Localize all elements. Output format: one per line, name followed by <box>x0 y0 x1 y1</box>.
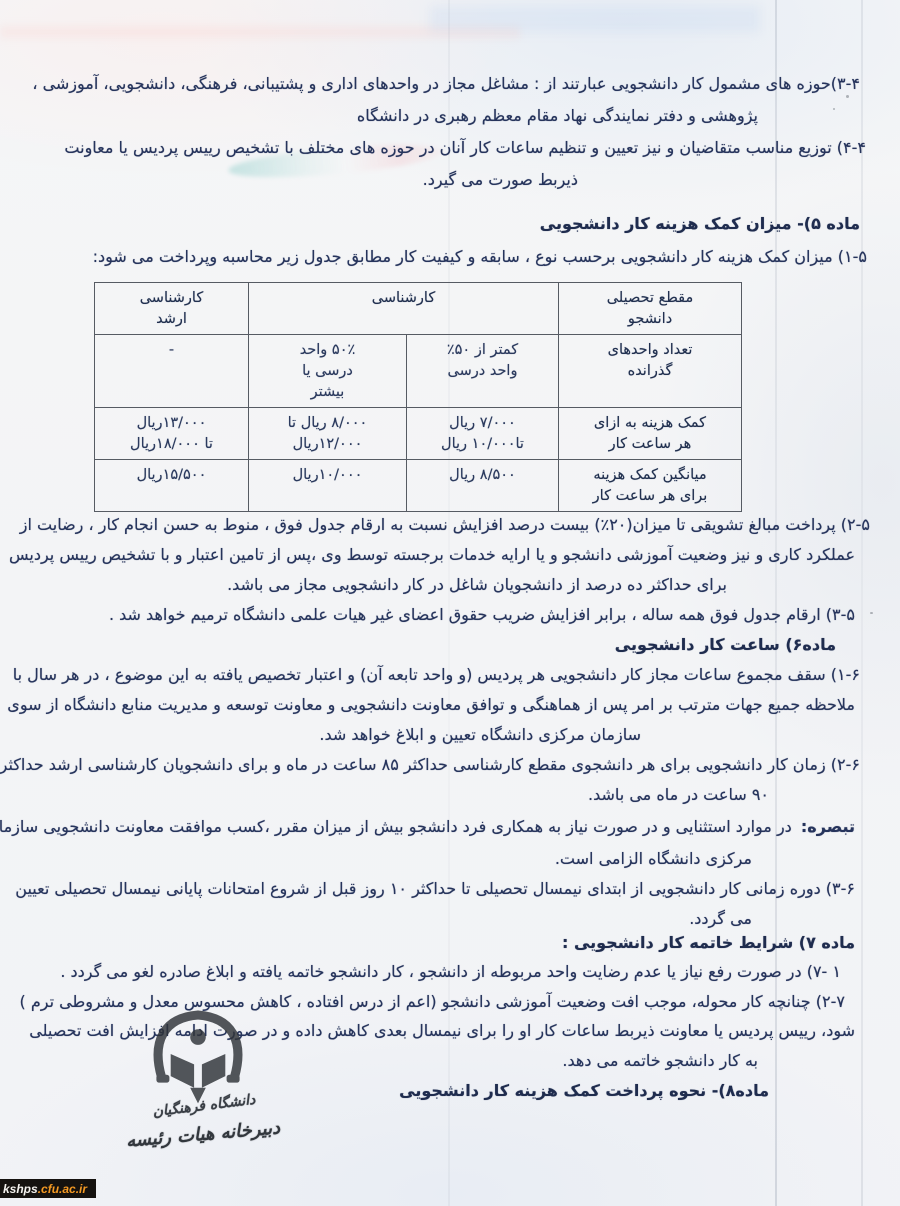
value-cell: ۱۵/۵۰۰ریال <box>94 460 248 512</box>
doc-line: می گردد. <box>689 907 752 931</box>
site-watermark: kshps.cfu.ac.ir <box>0 1179 96 1198</box>
header-cell-master: کارشناسی ارشد <box>94 283 248 335</box>
value-cell: کمتر از ۵۰٪ واحد درسی <box>407 335 559 408</box>
row-label-cell: میانگین کمک هزینه برای هر ساعت کار <box>559 460 742 512</box>
doc-line: به کار دانشجو خاتمه می دهد. <box>562 1049 758 1073</box>
doc-line: ۳-۵) ارقام جدول فوق همه ساله ، برابر افز… <box>109 603 855 627</box>
doc-line: ۳-۶) دوره زمانی کار دانشجویی از ابتدای ن… <box>15 877 855 901</box>
farhangian-university-logo-icon <box>123 1002 273 1106</box>
university-stamp: دانشگاه فرهنگیان دبیرخانه هیات رئیسه <box>95 1002 325 1162</box>
table-header-row: مقطع تحصیلی دانشجو کارشناسی کارشناسی ارش… <box>94 283 741 335</box>
row-label-cell: تعداد واحدهای گذرانده <box>559 335 742 408</box>
scan-fold-line <box>861 0 863 1206</box>
table-row-average-aid: میانگین کمک هزینه برای هر ساعت کار ۸/۵۰۰… <box>94 460 741 512</box>
doc-line: عملکرد کاری و نیز وضعیت آموزشی دانشجو و … <box>9 543 855 567</box>
doc-line: ۹۰ ساعت در ماه می باشد. <box>588 783 769 807</box>
doc-line: ذیربط صورت می گیرد. <box>423 168 578 192</box>
value-cell: ۷/۰۰۰ ریال تا۱۰/۰۰۰ ریال <box>407 408 559 460</box>
watermark-prefix: kshps <box>3 1182 38 1196</box>
section-heading-article-6: ماده۶) ساعت کار دانشجویی <box>615 633 836 657</box>
note-text: در موارد استثنایی و در صورت نیاز به همکا… <box>0 817 797 836</box>
scan-artifact-blue-tint <box>430 6 760 32</box>
doc-line: ۴-۴) توزیع مناسب متقاضیان و نیز تعیین و … <box>64 136 866 160</box>
header-cell-level: مقطع تحصیلی دانشجو <box>559 283 742 335</box>
row-label-cell: کمک هزینه به ازای هر ساعت کار <box>559 408 742 460</box>
value-cell: ۸/۵۰۰ ریال <box>407 460 559 512</box>
doc-line: ۲-۶) زمان کار دانشجویی برای هر دانشجوی م… <box>0 753 860 777</box>
doc-line: سازمان مرکزی دانشگاه تعیین و ابلاغ خواهد… <box>319 723 641 747</box>
doc-line: ۱-۵) میزان کمک هزینه کار دانشجویی برحسب … <box>93 245 867 269</box>
value-cell: ۱۰/۰۰۰ریال <box>248 460 406 512</box>
note-label: تبصره: <box>801 817 855 836</box>
value-cell: - <box>94 335 248 408</box>
doc-line: پژوهشی و دفتر نمایندگی نهاد مقام معظم ره… <box>357 104 758 128</box>
value-cell: ۵۰٪ واحد درسی یا بیشتر <box>248 335 406 408</box>
doc-line: ۱-۶) سقف مجموع ساعات مجاز کار دانشجویی ه… <box>13 663 860 687</box>
section-heading-article-8: ماده۸)- نحوه پرداخت کمک هزینه کار دانشجو… <box>399 1079 769 1103</box>
doc-line-note: تبصره: در موارد استثنایی و در صورت نیاز … <box>0 815 855 839</box>
fee-table: مقطع تحصیلی دانشجو کارشناسی کارشناسی ارش… <box>95 282 742 512</box>
doc-line: ۱ -۷) در صورت رفع نیاز یا عدم رضایت واحد… <box>60 960 841 984</box>
table-row-units-passed: تعداد واحدهای گذرانده کمتر از ۵۰٪ واحد د… <box>94 335 741 408</box>
doc-line: برای حداکثر ده درصد از دانشجویان شاغل در… <box>227 573 727 597</box>
doc-line: ۲-۵) پرداخت مبالغ تشویقی تا میزان(۲۰٪) ب… <box>20 513 870 537</box>
doc-line: ۳-۴)حوزه های مشمول کار دانشجویی عبارتند … <box>32 72 860 96</box>
doc-line: ملاحظه جمیع جهات مترتب بر امر پس از هماه… <box>7 693 855 717</box>
scan-speck <box>870 612 873 614</box>
doc-line: مرکزی دانشگاه الزامی است. <box>555 847 752 871</box>
header-cell-bachelor: کارشناسی <box>248 283 558 335</box>
section-heading-article-5: ماده ۵)- میزان کمک هزینه کار دانشجویی <box>540 212 860 236</box>
section-heading-article-7: ماده ۷) شرایط خاتمه کار دانشجویی : <box>562 931 855 955</box>
table-row-hourly-aid: کمک هزینه به ازای هر ساعت کار ۷/۰۰۰ ریال… <box>94 408 741 460</box>
scan-speck <box>833 108 835 110</box>
watermark-suffix: .cfu.ac.ir <box>38 1182 87 1196</box>
scanned-document-page: ۳-۴)حوزه های مشمول کار دانشجویی عبارتند … <box>0 0 900 1206</box>
value-cell: ۱۳/۰۰۰ریال تا ۱۸/۰۰۰ریال <box>94 408 248 460</box>
value-cell: ۸/۰۰۰ ریال تا ۱۲/۰۰۰ریال <box>248 408 406 460</box>
